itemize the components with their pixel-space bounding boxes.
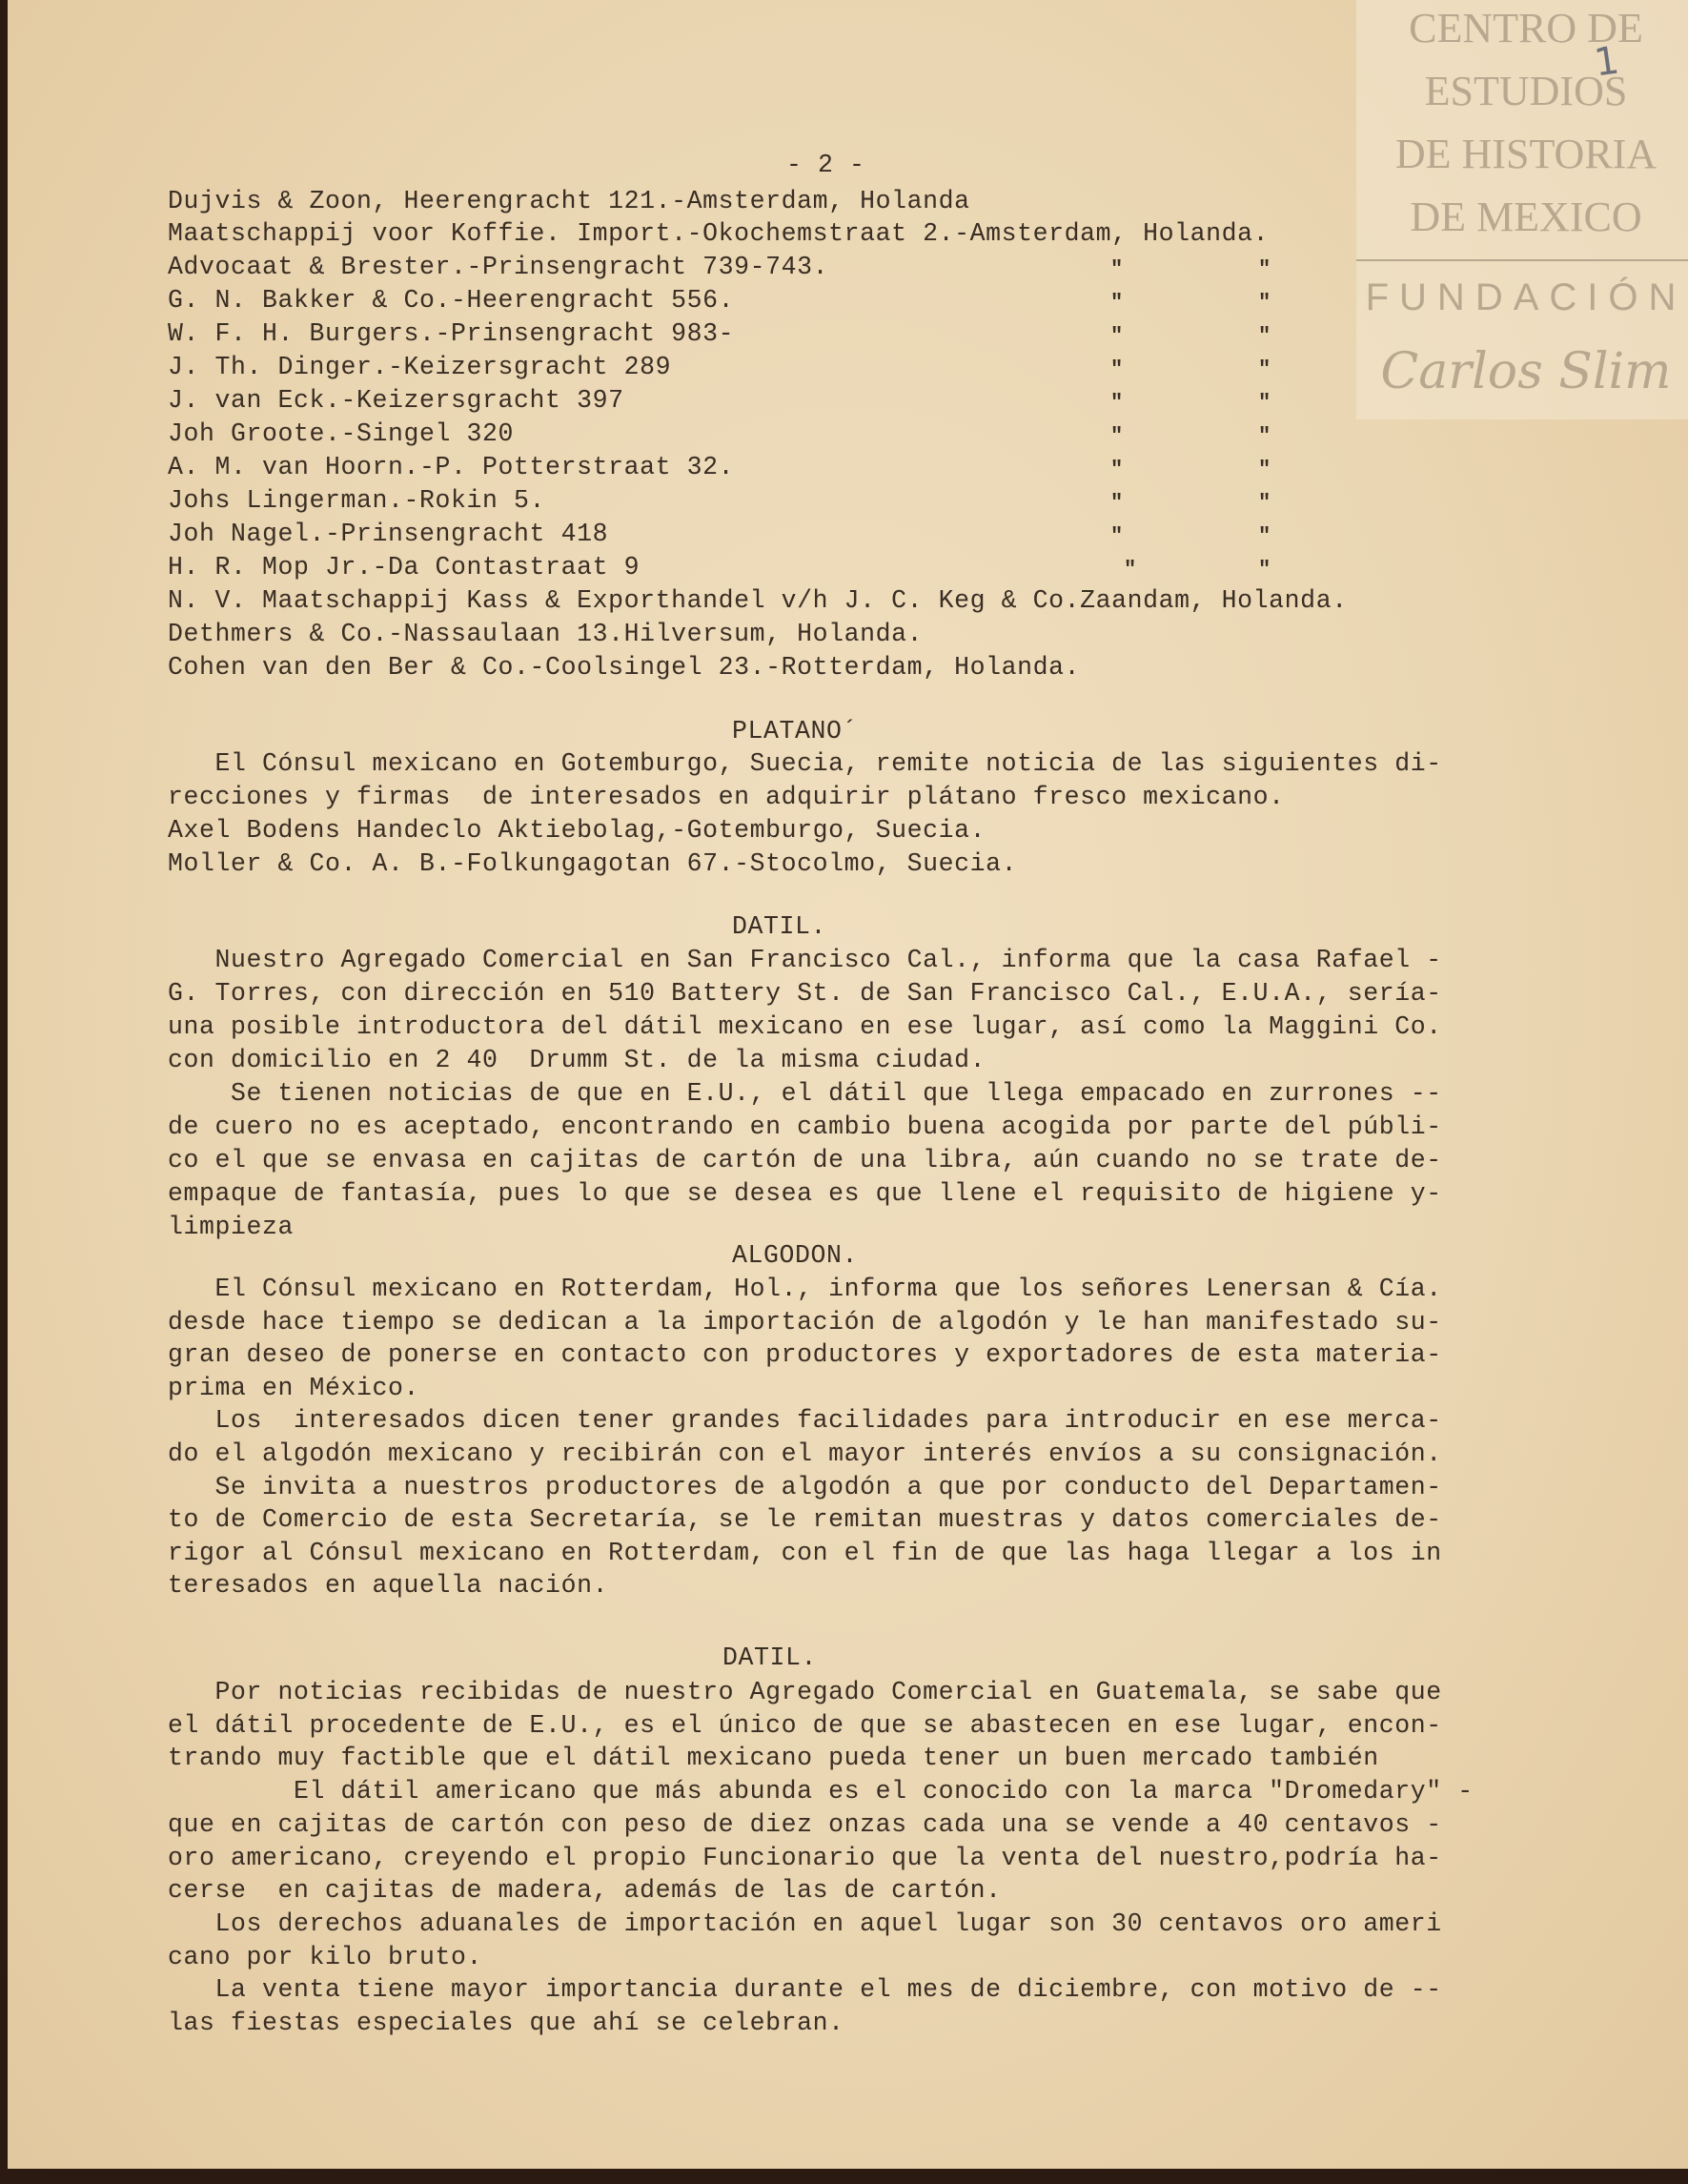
paragraph-line: La venta tiene mayor importancia durante… [168, 1975, 1442, 2004]
directory-entry: Johs Lingerman.-Rokin 5. [168, 486, 545, 515]
paragraph-line: Se invita a nuestros productores de algo… [168, 1473, 1442, 1501]
ditto-mark: " [1258, 391, 1271, 415]
ditto-mark: " [1110, 291, 1123, 315]
ditto-mark: " [1258, 357, 1271, 381]
paragraph-line: de cuero no es aceptado, encontrando en … [168, 1112, 1442, 1141]
ditto-mark: " [1258, 491, 1271, 515]
paragraph-line: que en cajitas de cartón con peso de die… [168, 1810, 1442, 1839]
directory-entry: W. F. H. Burgers.-Prinsengracht 983- [168, 319, 734, 348]
paragraph-line: Moller & Co. A. B.-Folkungagotan 67.-Sto… [168, 849, 1017, 878]
paragraph-line: teresados en aquella nación. [168, 1571, 608, 1600]
ditto-mark: " [1258, 424, 1271, 448]
paragraph-line: El dátil americano que más abunda es el … [168, 1777, 1474, 1806]
section-heading-datil: DATIL. [732, 912, 826, 941]
paragraph-line: Los interesados dicen tener grandes faci… [168, 1406, 1442, 1435]
ditto-mark: " [1110, 257, 1123, 281]
directory-entry: J. van Eck.-Keizersgracht 397 [168, 386, 624, 415]
paragraph-line: prima en México. [168, 1374, 419, 1402]
ditto-mark: " [1110, 491, 1123, 515]
section-heading-algodon: ALGODON. [732, 1241, 858, 1270]
paragraph-line: Se tienen noticias de que en E.U., el dá… [168, 1079, 1442, 1108]
paragraph-line: rigor al Cónsul mexicano en Rotterdam, c… [168, 1539, 1442, 1567]
ditto-mark: " [1110, 524, 1123, 548]
paragraph-line: una posible introductora del dátil mexic… [168, 1012, 1442, 1041]
ditto-mark: " [1258, 458, 1271, 481]
section-heading-datil: DATIL. [722, 1643, 817, 1672]
paragraph-line: Los derechos aduanales de importación en… [168, 1909, 1442, 1938]
ditto-mark: " [1258, 324, 1271, 348]
paragraph-line: to de Comercio de esta Secretaría, se le… [168, 1505, 1442, 1534]
ditto-mark: " [1110, 324, 1123, 348]
paragraph-line: El Cónsul mexicano en Rotterdam, Hol., i… [168, 1275, 1442, 1303]
paragraph-line: do el algodón mexicano y recibirán con e… [168, 1439, 1442, 1468]
directory-entry: Joh Groote.-Singel 320 [168, 419, 514, 448]
paragraph-line: El Cónsul mexicano en Gotemburgo, Suecia… [168, 749, 1442, 778]
ditto-mark: " [1258, 257, 1271, 281]
paragraph-line: las fiestas especiales que ahí se celebr… [168, 2009, 844, 2037]
stamp-signature: Carlos Slim [1356, 343, 1688, 400]
archive-watermark-stamp: CENTRO DE ESTUDIOS DE HISTORIA DE MEXICO… [1356, 0, 1688, 419]
directory-entry: Advocaat & Brester.-Prinsengracht 739-74… [168, 253, 828, 281]
paragraph-line: empaque de fantasía, pues lo que se dese… [168, 1179, 1442, 1208]
ditto-mark: " [1110, 391, 1123, 415]
paragraph-line: recciones y firmas de interesados en adq… [168, 783, 1285, 811]
paragraph-line: Axel Bodens Handeclo Aktiebolag,-Gotembu… [168, 816, 986, 845]
paragraph-line: G. Torres, con dirección en 510 Battery … [168, 979, 1442, 1008]
directory-entry: J. Th. Dinger.-Keizersgracht 289 [168, 353, 671, 381]
document-page: CENTRO DE ESTUDIOS DE HISTORIA DE MEXICO… [8, 0, 1688, 2169]
stamp-line: CENTRO DE [1356, 6, 1688, 51]
stamp-line: DE MEXICO [1356, 194, 1688, 240]
paragraph-line: cerse en cajitas de madera, además de la… [168, 1876, 1002, 1905]
ditto-mark: " [1110, 424, 1123, 448]
paragraph-line: oro americano, creyendo el propio Funcio… [168, 1844, 1442, 1872]
stamp-line: ESTUDIOS [1356, 69, 1688, 114]
stamp-line: DE HISTORIA [1356, 132, 1688, 177]
directory-entry: A. M. van Hoorn.-P. Potterstraat 32. [168, 453, 734, 481]
ditto-mark: " [1110, 458, 1123, 481]
paragraph-line: gran deseo de ponerse en contacto con pr… [168, 1340, 1442, 1369]
page-number: - 2 - [786, 151, 865, 179]
section-heading-platano: PLATANO´ [732, 717, 858, 745]
paragraph-line: Nuestro Agregado Comercial en San Franci… [168, 946, 1442, 974]
directory-entry: G. N. Bakker & Co.-Heerengracht 556. [168, 286, 734, 315]
ditto-mark: " [1258, 524, 1271, 548]
ditto-mark: " [1258, 558, 1271, 582]
directory-entry: Cohen van den Ber & Co.-Coolsingel 23.-R… [168, 653, 1080, 682]
stamp-divider [1356, 259, 1688, 261]
paragraph-line: el dátil procedente de E.U., es el único… [168, 1711, 1442, 1740]
paragraph-line: Por noticias recibidas de nuestro Agrega… [168, 1678, 1442, 1706]
directory-entry: H. R. Mop Jr.-Da Contastraat 9 [168, 553, 640, 582]
paragraph-line: cano por kilo bruto. [168, 1943, 482, 1971]
ditto-mark: " [1110, 357, 1123, 381]
paragraph-line: con domicilio en 2 40 Drumm St. de la mi… [168, 1046, 986, 1074]
stamp-foundation: FUNDACIÓN [1356, 276, 1688, 319]
directory-entry: Dethmers & Co.-Nassaulaan 13.Hilversum, … [168, 620, 923, 648]
paragraph-line: limpieza [168, 1213, 294, 1241]
ditto-mark: " [1258, 291, 1271, 315]
paragraph-line: desde hace tiempo se dedican a la import… [168, 1308, 1442, 1337]
directory-entry: N. V. Maatschappij Kass & Exporthandel v… [168, 586, 1348, 615]
ditto-mark: " [1124, 558, 1136, 582]
directory-entry: Dujvis & Zoon, Heerengracht 121.-Amsterd… [168, 187, 970, 215]
directory-entry: Joh Nagel.-Prinsengracht 418 [168, 520, 608, 548]
paragraph-line: trando muy factible que el dátil mexican… [168, 1744, 1379, 1772]
directory-entry: Maatschappij voor Koffie. Import.-Okoche… [168, 219, 1269, 248]
paragraph-line: co el que se envasa en cajitas de cartón… [168, 1146, 1442, 1174]
